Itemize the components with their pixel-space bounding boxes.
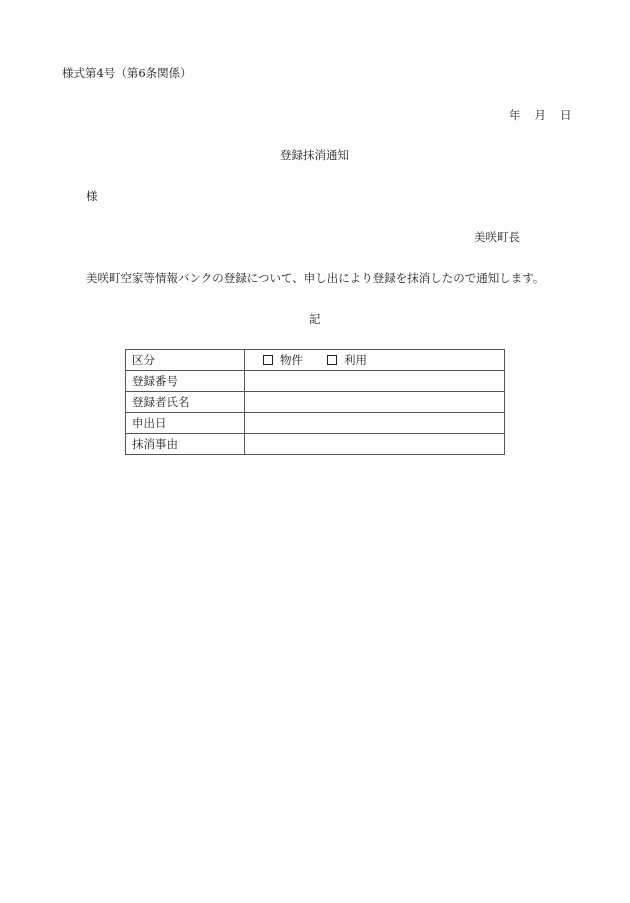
table-row: 区分 物件利用 <box>126 350 505 371</box>
option-label: 物件 <box>280 353 303 367</box>
date-day: 日 <box>560 108 572 122</box>
table-row: 抹消事由 <box>126 434 505 455</box>
checkbox-icon[interactable] <box>327 355 337 365</box>
date-month: 月 <box>535 108 547 122</box>
registration-number-field[interactable] <box>245 371 505 392</box>
addressee: 様 <box>86 188 98 204</box>
table-row: 申出日 <box>126 413 505 434</box>
sender: 美咲町長 <box>474 229 520 245</box>
application-date-field[interactable] <box>245 413 505 434</box>
table-row: 登録番号 <box>126 371 505 392</box>
registrant-name-field[interactable] <box>245 392 505 413</box>
cancellation-reason-field[interactable] <box>245 434 505 455</box>
form-number: 様式第4号（第6条関係） <box>62 65 192 81</box>
row-label-cancellation-reason: 抹消事由 <box>126 434 245 455</box>
date-line: 年月日 <box>509 107 572 123</box>
checkbox-icon[interactable] <box>263 355 273 365</box>
option-property[interactable]: 物件 <box>263 353 303 367</box>
row-label-category: 区分 <box>126 350 245 371</box>
row-label-registrant-name: 登録者氏名 <box>126 392 245 413</box>
option-label: 利用 <box>344 353 367 367</box>
ki-heading: 記 <box>309 311 321 327</box>
row-label-application-date: 申出日 <box>126 413 245 434</box>
row-label-registration-number: 登録番号 <box>126 371 245 392</box>
body-text: 美咲町空家等情報バンクの登録について、申し出により登録を抹消したので通知します。 <box>86 270 544 286</box>
option-usage[interactable]: 利用 <box>327 353 367 367</box>
category-options: 物件利用 <box>245 350 505 371</box>
date-year: 年 <box>509 108 521 122</box>
table-row: 登録者氏名 <box>126 392 505 413</box>
document-title: 登録抹消通知 <box>280 147 349 163</box>
record-table: 区分 物件利用 登録番号 登録者氏名 申出日 抹消事由 <box>125 349 505 455</box>
